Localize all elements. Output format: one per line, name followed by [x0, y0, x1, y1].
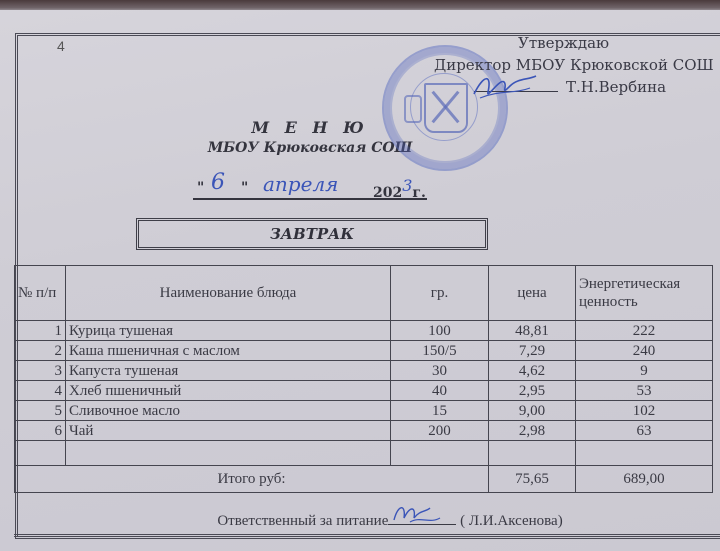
- row-dish-name: Каша пшеничная с маслом: [66, 341, 391, 361]
- stamp-crown-icon: [404, 95, 422, 123]
- row-energy: 222: [576, 321, 713, 341]
- table-row: 5 Сливочное масло 15 9,00 102: [15, 401, 713, 421]
- responsible-label: Ответственный за питание: [217, 513, 388, 529]
- total-energy: 689,00: [576, 466, 713, 493]
- row-price: 2,95: [489, 381, 576, 401]
- empty-cell: [489, 441, 576, 466]
- school-name: МБОУ Крюковская СОШ: [200, 140, 420, 156]
- row-dish-name: Капуста тушеная: [66, 361, 391, 381]
- date-year: 2023г.: [373, 182, 426, 201]
- menu-date: " 6 " апреля 2023г.: [193, 176, 427, 200]
- row-energy: 63: [576, 421, 713, 441]
- date-month: апреля: [263, 172, 338, 196]
- approval-title: Утверждаю: [430, 32, 714, 54]
- header-num: № п/п: [15, 266, 66, 321]
- header-energy: Энергетическая ценность: [576, 266, 713, 321]
- page-number: 4: [57, 38, 65, 54]
- meal-type-heading: ЗАВТРАК: [136, 218, 488, 250]
- row-energy: 102: [576, 401, 713, 421]
- table-row: 6 Чай 200 2,98 63: [15, 421, 713, 441]
- responsible-footer: Ответственный за питание ( Л.И.Аксенова): [0, 510, 720, 530]
- empty-cell: [576, 441, 713, 466]
- row-num: 4: [15, 381, 66, 401]
- row-grams: 150/5: [391, 341, 489, 361]
- header-name: Наименование блюда: [66, 266, 391, 321]
- row-num: 5: [15, 401, 66, 421]
- header-grams: гр.: [391, 266, 489, 321]
- row-price: 9,00: [489, 401, 576, 421]
- row-energy: 240: [576, 341, 713, 361]
- row-grams: 40: [391, 381, 489, 401]
- header-price: цена: [489, 266, 576, 321]
- responsible-signature-icon: [388, 510, 456, 525]
- empty-cell: [15, 441, 66, 466]
- date-close-quote: ": [241, 180, 248, 196]
- row-grams: 100: [391, 321, 489, 341]
- row-energy: 9: [576, 361, 713, 381]
- total-price: 75,65: [489, 466, 576, 493]
- row-price: 4,62: [489, 361, 576, 381]
- row-num: 2: [15, 341, 66, 361]
- table-row-empty: [15, 441, 713, 466]
- total-label: Итого руб:: [15, 466, 489, 493]
- table-total-row: Итого руб: 75,65 689,00: [15, 466, 713, 493]
- row-grams: 15: [391, 401, 489, 421]
- director-signature-icon: [470, 72, 540, 106]
- menu-table: № п/п Наименование блюда гр. цена Энерге…: [14, 265, 713, 493]
- empty-cell: [66, 441, 391, 466]
- date-day: 6: [211, 170, 225, 195]
- date-year-handwritten: 3: [402, 176, 412, 195]
- frame-bottom-border: [14, 534, 720, 537]
- responsible-name: ( Л.И.Аксенова): [460, 513, 563, 529]
- date-year-prefix: 202: [373, 185, 402, 201]
- table-row: 3 Капуста тушеная 30 4,62 9: [15, 361, 713, 381]
- row-grams: 200: [391, 421, 489, 441]
- row-price: 2,98: [489, 421, 576, 441]
- row-num: 6: [15, 421, 66, 441]
- row-price: 7,29: [489, 341, 576, 361]
- row-num: 1: [15, 321, 66, 341]
- row-dish-name: Хлеб пшеничный: [66, 381, 391, 401]
- table-row: 2 Каша пшеничная с маслом 150/5 7,29 240: [15, 341, 713, 361]
- date-year-suffix: г.: [412, 185, 425, 201]
- row-dish-name: Чай: [66, 421, 391, 441]
- row-num: 3: [15, 361, 66, 381]
- date-open-quote: ": [197, 180, 204, 196]
- table-header-row: № п/п Наименование блюда гр. цена Энерге…: [15, 266, 713, 321]
- row-energy: 53: [576, 381, 713, 401]
- empty-cell: [391, 441, 489, 466]
- row-dish-name: Сливочное масло: [66, 401, 391, 421]
- table-row: 4 Хлеб пшеничный 40 2,95 53: [15, 381, 713, 401]
- row-dish-name: Курица тушеная: [66, 321, 391, 341]
- table-row: 1 Курица тушеная 100 48,81 222: [15, 321, 713, 341]
- row-grams: 30: [391, 361, 489, 381]
- approval-signer-name: Т.Н.Вербина: [566, 78, 666, 96]
- row-price: 48,81: [489, 321, 576, 341]
